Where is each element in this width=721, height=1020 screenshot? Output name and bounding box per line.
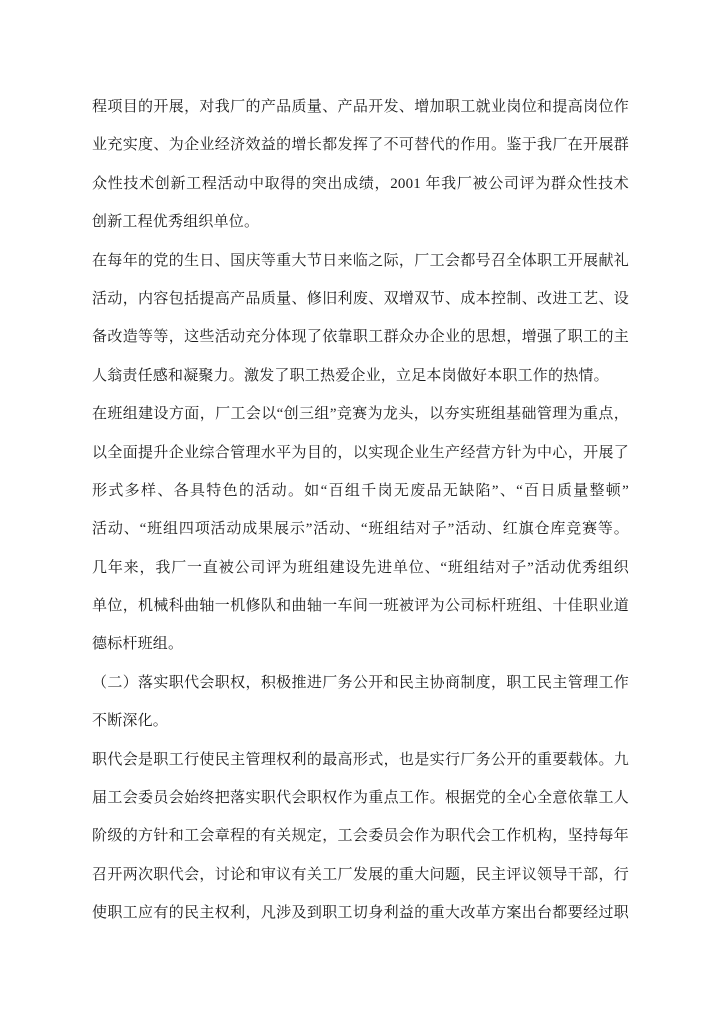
document-text-block: 程项目的开展，对我厂的产品质量、产品开发、增加职工就业岗位和提高岗位作 业充实度…	[92, 88, 629, 933]
text-line-16: （二）落实职代会职权，积极推进厂务公开和民主协商制度，职工民主管理工作	[92, 664, 629, 702]
text-line-21: 召开两次职代会，讨论和审议有关工厂发展的重大问题，民主评议领导干部，行	[92, 856, 629, 894]
text-line-9: 在班组建设方面，厂工会以“创三组”竞赛为龙头，以夯实班组基础管理为重点，	[92, 395, 629, 433]
text-line-20: 阶级的方针和工会章程的有关规定，工会委员会作为职代会工作机构，坚持每年	[92, 817, 629, 855]
text-line-12: 活动、“班组四项活动成果展示”活动、“班组结对子”活动、红旗仓库竞赛等。	[92, 510, 629, 548]
text-line-4: 创新工程优秀组织单位。	[92, 203, 629, 241]
text-line-17: 不断深化。	[92, 702, 629, 740]
text-line-8: 人翁责任感和凝聚力。激发了职工热爱企业，立足本岗做好本职工作的热情。	[92, 357, 629, 395]
text-line-1: 程项目的开展，对我厂的产品质量、产品开发、增加职工就业岗位和提高岗位作	[92, 88, 629, 126]
text-line-14: 单位，机械科曲轴一机修队和曲轴一车间一班被评为公司标杆班组、十佳职业道	[92, 587, 629, 625]
text-line-22: 使职工应有的民主权利，凡涉及到职工切身利益的重大改革方案出台都要经过职	[92, 894, 629, 932]
text-line-5: 在每年的党的生日、国庆等重大节日来临之际，厂工会都号召全体职工开展献礼	[92, 242, 629, 280]
text-line-7: 备改造等等，这些活动充分体现了依靠职工群众办企业的思想，增强了职工的主	[92, 318, 629, 356]
document-page: 程项目的开展，对我厂的产品质量、产品开发、增加职工就业岗位和提高岗位作 业充实度…	[0, 0, 721, 1020]
text-line-3: 众性技术创新工程活动中取得的突出成绩，2001 年我厂被公司评为群众性技术	[92, 165, 629, 203]
text-line-18: 职代会是职工行使民主管理权利的最高形式，也是实行厂务公开的重要载体。九	[92, 741, 629, 779]
text-line-2: 业充实度、为企业经济效益的增长都发挥了不可替代的作用。鉴于我厂在开展群	[92, 126, 629, 164]
text-line-13: 几年来，我厂一直被公司评为班组建设先进单位、“班组结对子”活动优秀组织	[92, 549, 629, 587]
text-line-15: 德标杆班组。	[92, 625, 629, 663]
text-line-11: 形式多样、各具特色的活动。如“百组千岗无废品无缺陷”、“百日质量整顿”	[92, 472, 629, 510]
text-line-19: 届工会委员会始终把落实职代会职权作为重点工作。根据党的全心全意依靠工人	[92, 779, 629, 817]
text-line-6: 活动，内容包括提高产品质量、修旧利废、双增双节、成本控制、改进工艺、设	[92, 280, 629, 318]
text-line-10: 以全面提升企业综合管理水平为目的，以实现企业生产经营方针为中心，开展了	[92, 434, 629, 472]
